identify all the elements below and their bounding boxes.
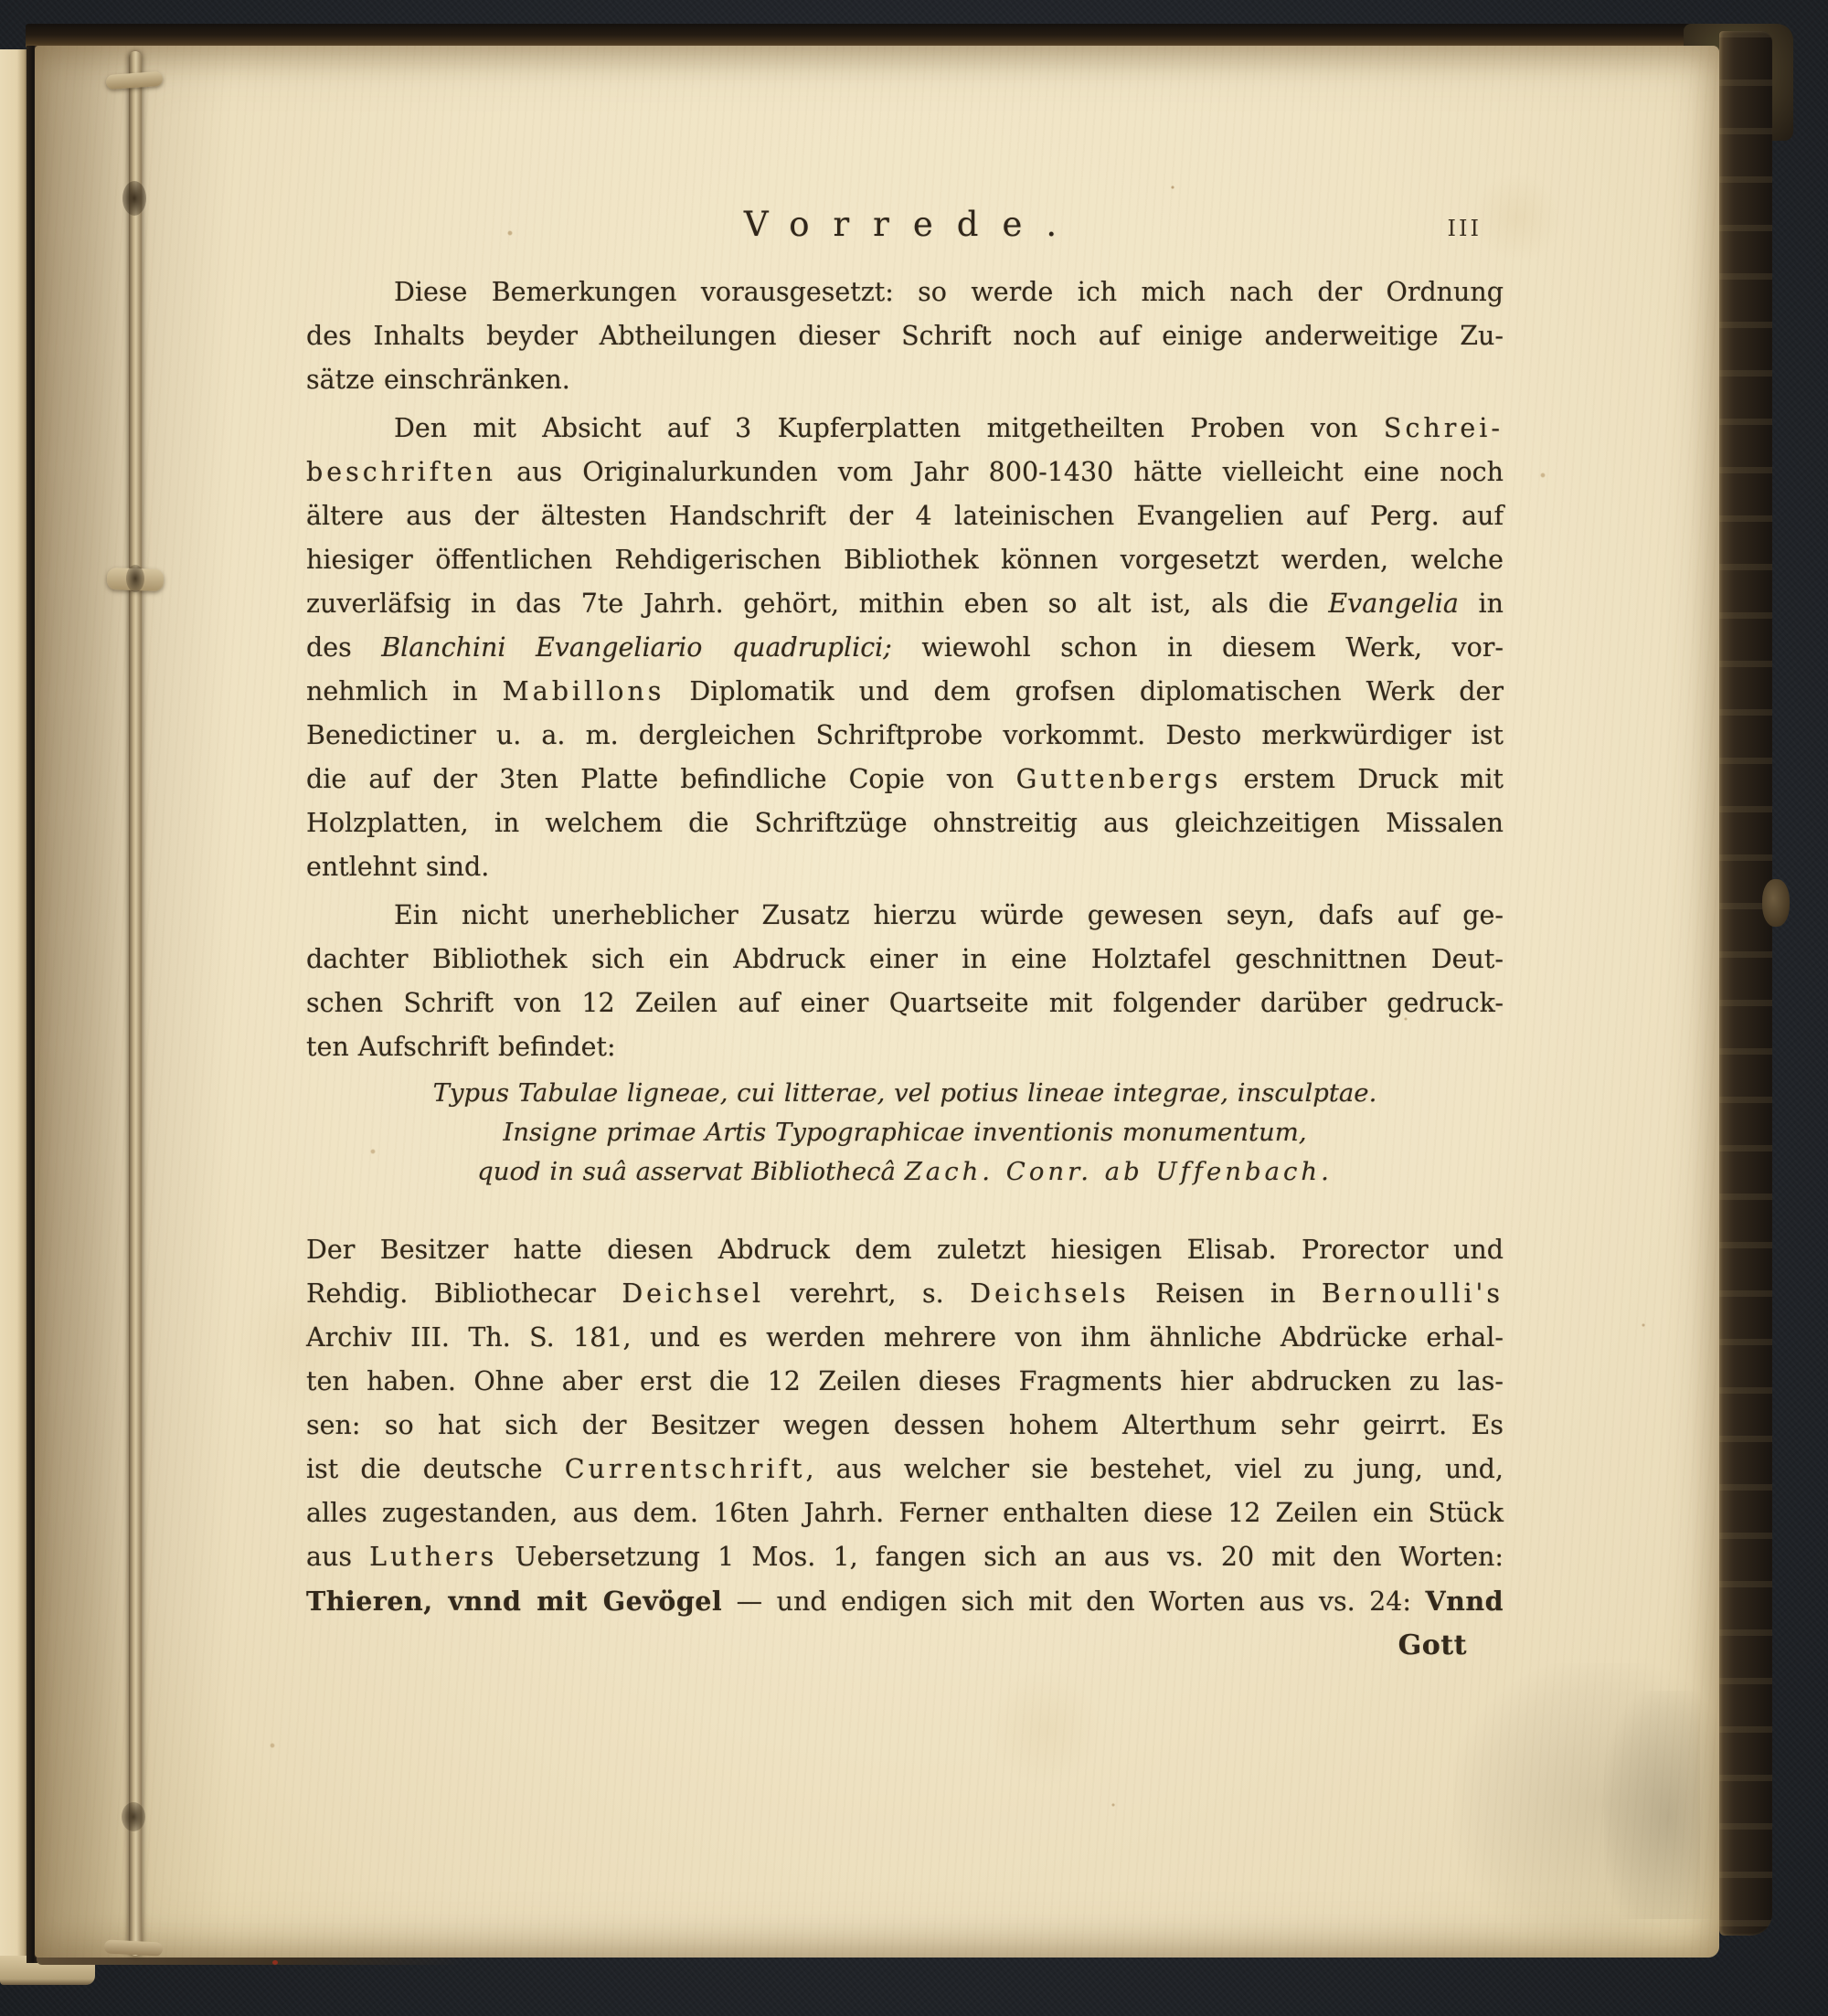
paragraphs: Diese Bemerkungen vorausgesetzt: so werd…	[306, 271, 1504, 1624]
text-line: entlehnt sind.	[306, 845, 1504, 889]
text-line: alles zugestanden, aus dem. 16ten Jahrh.…	[306, 1491, 1504, 1535]
text-line: Benedictiner u. a. m. dergleichen Schrif…	[306, 714, 1504, 758]
page-number: III	[1448, 216, 1482, 241]
text-block: Diese Bemerkungen vorausgesetzt: so werd…	[306, 271, 1504, 1668]
text-line: Den mit Absicht auf 3 Kupferplatten mitg…	[306, 407, 1504, 451]
text-line: Ein nicht unerheblicher Zusatz hierzu wü…	[306, 894, 1504, 938]
cover-edge-top	[26, 24, 1720, 48]
paragraph: Typus Tabulae ligneae, cui litterae, vel…	[306, 1074, 1504, 1192]
binding-stitch-knot-bottom	[122, 1802, 145, 1831]
text-line: beschriften aus Originalurkunden vom Jah…	[306, 451, 1504, 494]
paragraph: Der Besitzer hatte diesen Abdruck dem zu…	[306, 1228, 1504, 1624]
facing-page-stub	[0, 49, 28, 1979]
binding-stitch-knot	[126, 565, 144, 592]
text-line: dachter Bibliothek sich ein Abdruck eine…	[306, 938, 1504, 981]
text-line: Archiv III. Th. S. 181, und es werden me…	[306, 1316, 1504, 1360]
text-line: aus Luthers Uebersetzung 1 Mos. 1, fange…	[306, 1535, 1504, 1579]
text-line: sätze einschränken.	[306, 358, 1504, 402]
text-line: ist die deutsche Currentschrift, aus wel…	[306, 1448, 1504, 1491]
text-line: ten haben. Ohne aber erst die 12 Zeilen …	[306, 1360, 1504, 1404]
text-line: hiesiger öffentlichen Rehdigerischen Bib…	[306, 538, 1504, 582]
binding-stitch-hole	[122, 181, 146, 216]
text-line: zuverläfsig in das 7te Jahrh. gehört, mi…	[306, 582, 1504, 626]
text-line: sen: so hat sich der Besitzer wegen dess…	[306, 1404, 1504, 1448]
paragraph: Ein nicht unerheblicher Zusatz hierzu wü…	[306, 894, 1504, 1069]
page-header: Vorrede. III	[306, 201, 1494, 252]
text-line: Holzplatten, in welchem die Schriftzüge …	[306, 801, 1504, 845]
text-line: Typus Tabulae ligneae, cui litterae, vel…	[306, 1074, 1504, 1113]
text-line: Diese Bemerkungen vorausgesetzt: so werd…	[306, 271, 1504, 314]
paragraph: Den mit Absicht auf 3 Kupferplatten mitg…	[306, 407, 1504, 889]
text-line: schen Schrift von 12 Zeilen auf einer Qu…	[306, 981, 1504, 1025]
page-heading: Vorrede.	[306, 201, 1494, 249]
cover-edge-bump	[1762, 879, 1790, 927]
text-line: ältere aus der ältesten Handschrift der …	[306, 494, 1504, 538]
paragraph: Diese Bemerkungen vorausgesetzt: so werd…	[306, 271, 1504, 402]
text-line: Der Besitzer hatte diesen Abdruck dem zu…	[306, 1228, 1504, 1272]
book-scan: Vorrede. III Diese Bemerkungen vorausges…	[0, 0, 1828, 2016]
cover-edge-right	[1719, 31, 1772, 1936]
text-line: nehmlich in Mabillons Diplomatik und dem…	[306, 670, 1504, 714]
text-line: Rehdig. Bibliothecar Deichsel verehrt, s…	[306, 1272, 1504, 1316]
text-line: des Inhalts beyder Abtheilungen dieser S…	[306, 314, 1504, 358]
text-line: des Blanchini Evangeliario quadruplici; …	[306, 626, 1504, 670]
binding-thread	[129, 51, 142, 1956]
text-line: quod in suâ asservat Bibliothecâ Zach. C…	[306, 1152, 1504, 1192]
text-line: ten Aufschrift befindet:	[306, 1025, 1504, 1069]
text-line: die auf der 3ten Platte befindliche Copi…	[306, 758, 1504, 801]
text-line: Insigne primae Artis Typographicae inven…	[306, 1113, 1504, 1152]
text-line: Thieren, vnnd mit Gevögel — und endigen …	[306, 1579, 1504, 1624]
catchword: Gott	[306, 1624, 1504, 1668]
